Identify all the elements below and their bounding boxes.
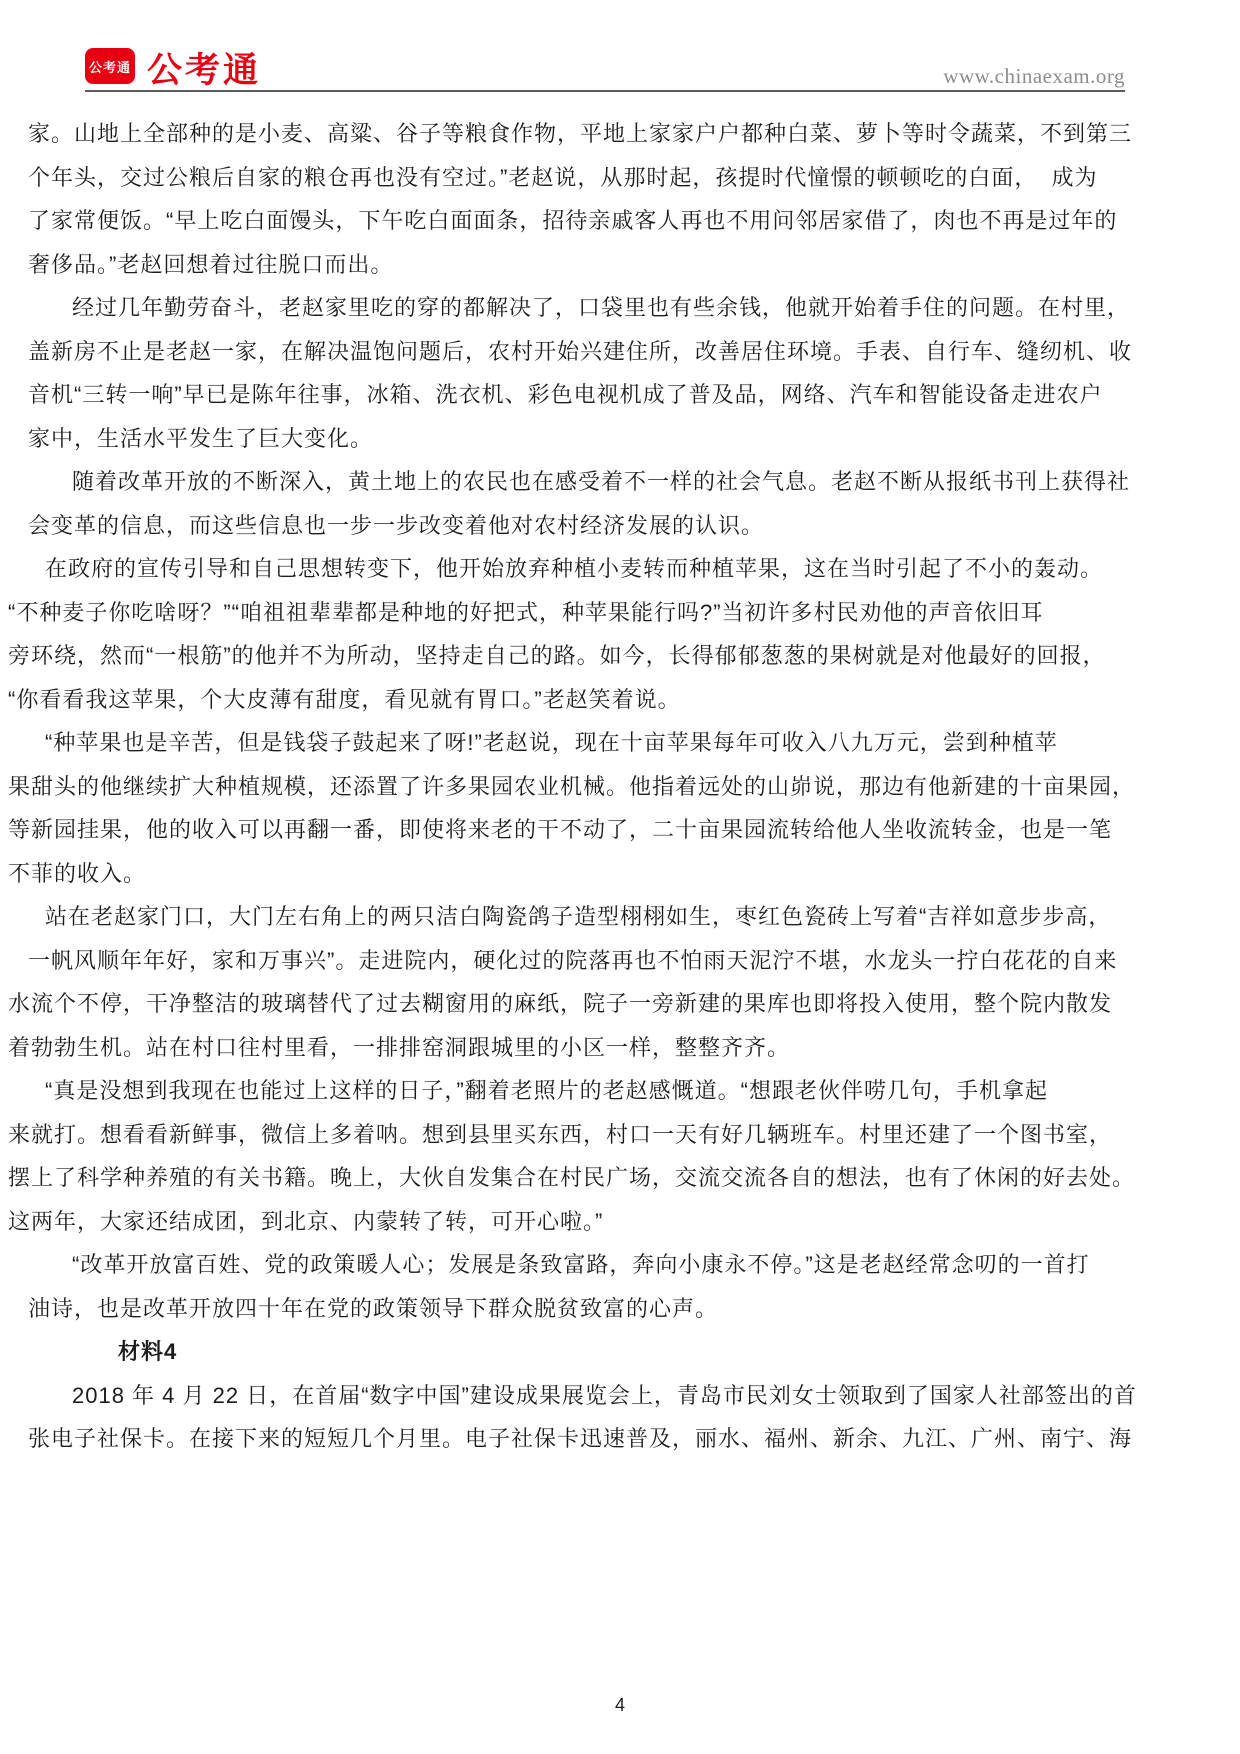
page-number: 4 [615,1695,625,1715]
text-line: “不种麦子你吃啥呀？”“咱祖祖辈辈都是种地的好把式，种苹果能行吗?”当初许多村民… [0,591,1240,635]
text-line: 奢侈品。”老赵回想着过往脱口而出。 [0,243,1240,287]
text-line: 经过几年勤劳奋斗，老赵家里吃的穿的都解决了，口袋里也有些余钱，他就开始着手住的问… [0,286,1240,330]
section-heading: 材料4 [0,1330,1240,1374]
text-line: 会变革的信息，而这些信息也一步一步改变着他对农村经济发展的认识。 [0,504,1240,548]
page-header: 公考通 公考通 www.chinaexam.org [85,42,1125,92]
brand-name: 公考通 [147,53,261,88]
text-line: 随着改革开放的不断深入，黄土地上的农民也在感受着不一样的社会气息。老赵不断从报纸… [0,460,1240,504]
text-line: “种苹果也是辛苦，但是钱袋子鼓起来了呀!”老赵说，现在十亩苹果每年可收入八九万元… [0,721,1240,765]
text-line: 在政府的宣传引导和自己思想转变下，他开始放弃种植小麦转而种植苹果，这在当时引起了… [0,547,1240,591]
text-line: 等新园挂果，他的收入可以再翻一番，即使将来老的干不动了，二十亩果园流转给他人坐收… [0,808,1240,852]
text-line: 盖新房不止是老赵一家，在解决温饱问题后，农村开始兴建住所，改善居住环境。手表、自… [0,330,1240,374]
gongkaotong-logo-icon: 公考通 [85,48,135,84]
text-line: 不菲的收入。 [0,852,1240,896]
text-line: 站在老赵家门口，大门左右角上的两只洁白陶瓷鸽子造型栩栩如生，枣红色瓷砖上写着“吉… [0,895,1240,939]
website-url: www.chinaexam.org [943,64,1125,89]
text-line: 家中，生活水平发生了巨大变化。 [0,417,1240,461]
text-line: 来就打。想看看新鲜事，微信上多着呐。想到县里买东西，村口一天有好几辆班车。村里还… [0,1113,1240,1157]
text-line: 了家常便饭。“早上吃白面馒头，下午吃白面面条，招待亲戚客人再也不用问邻居家借了，… [0,199,1240,243]
text-line: 一帆风顺年年好，家和万事兴”。走进院内，硬化过的院落再也不怕雨天泥泞不堪，水龙头… [0,939,1240,983]
text-line: 家。山地上全部种的是小麦、高粱、谷子等粮食作物，平地上家家户户都种白菜、萝卜等时… [0,112,1240,156]
text-line: 摆上了科学种养殖的有关书籍。晚上，大伙自发集合在村民广场，交流交流各自的想法，也… [0,1156,1240,1200]
document-body: 家。山地上全部种的是小麦、高粱、谷子等粮食作物，平地上家家户户都种白菜、萝卜等时… [0,112,1240,1461]
text-line: 张电子社保卡。在接下来的短短几个月里。电子社保卡迅速普及，丽水、福州、新余、九江… [0,1417,1240,1461]
text-line: 音机“三转一响”早已是陈年往事，冰箱、洗衣机、彩色电视机成了普及品，网络、汽车和… [0,373,1240,417]
text-line: 着勃勃生机。站在村口往村里看，一排排窑洞跟城里的小区一样，整整齐齐。 [0,1026,1240,1070]
text-line: 水流个不停，干净整洁的玻璃替代了过去糊窗用的麻纸，院子一旁新建的果库也即将投入使… [0,982,1240,1026]
text-line: “你看看我这苹果，个大皮薄有甜度，看见就有胃口。”老赵笑着说。 [0,678,1240,722]
text-line: 个年头，交过公粮后自家的粮仓再也没有空过。”老赵说，从那时起，孩提时代憧憬的顿顿… [0,156,1240,200]
document-page: 公考通 公考通 www.chinaexam.org 家。山地上全部种的是小麦、高… [0,0,1240,1754]
text-line: 这两年，大家还结成团，到北京、内蒙转了转，可开心啦。” [0,1200,1240,1244]
text-line: 果甜头的他继续扩大种植规模，还添置了许多果园农业机械。他指着远处的山峁说，那边有… [0,765,1240,809]
text-line: 旁环绕，然而“一根筋”的他并不为所动，坚持走自己的路。如今，长得郁郁葱葱的果树就… [0,634,1240,678]
text-line: 油诗，也是改革开放四十年在党的政策领导下群众脱贫致富的心声。 [0,1287,1240,1331]
text-line: 2018 年 4 月 22 日，在首届“数字中国”建设成果展览会上，青岛市民刘女… [0,1374,1240,1418]
text-line: “改革开放富百姓、党的政策暖人心；发展是条致富路，奔向小康永不停。”这是老赵经常… [0,1243,1240,1287]
text-line: “真是没想到我现在也能过上这样的日子，”翻着老照片的老赵感慨道。“想跟老伙伴唠几… [0,1069,1240,1113]
